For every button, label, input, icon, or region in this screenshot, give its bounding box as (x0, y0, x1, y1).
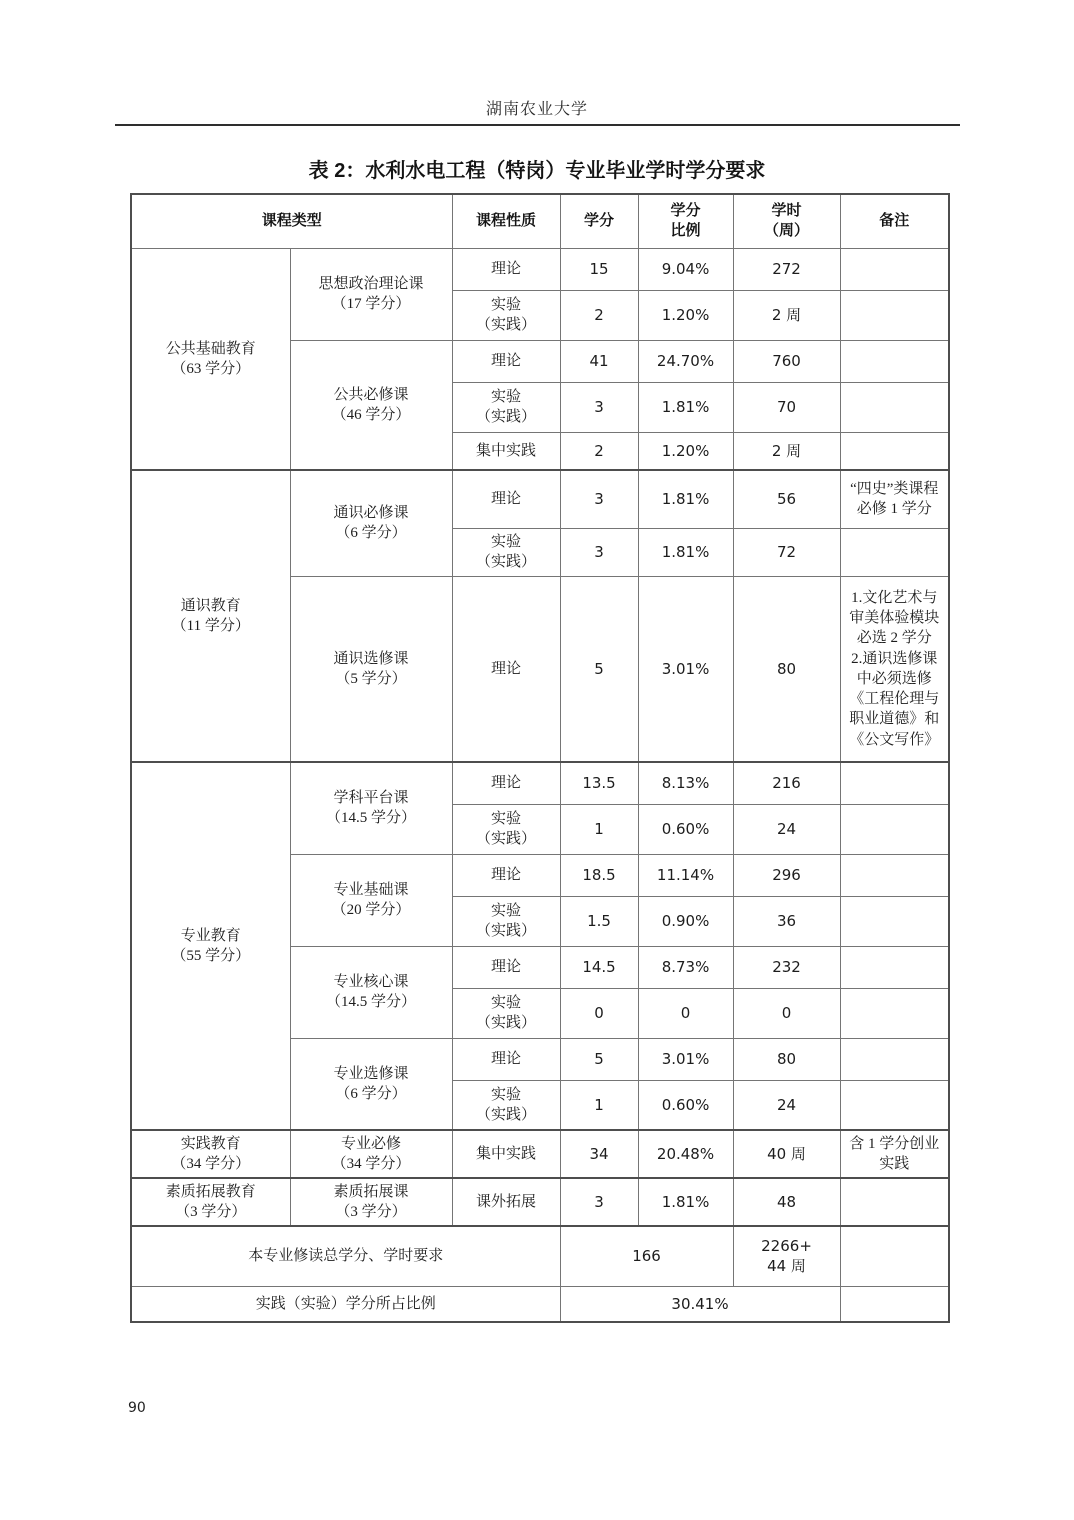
cell-hours: 232 (733, 946, 840, 988)
cell-course-nature: 理论 (452, 762, 560, 804)
cell-course-nature: 课外拓展 (452, 1178, 560, 1226)
cell-remark (840, 896, 949, 946)
cell-remark (840, 1178, 949, 1226)
cell-hours: 760 (733, 340, 840, 382)
cell-credit-ratio: 8.73% (638, 946, 733, 988)
cell-credit-ratio: 3.01% (638, 1038, 733, 1080)
cell-credits: 1 (560, 804, 638, 854)
cell-credit-ratio: 1.20% (638, 290, 733, 340)
cell-credit-ratio: 1.81% (638, 470, 733, 528)
col-header-hours: 学时 （周） (733, 194, 840, 248)
cell-course-subtype: 通识选修课 （5 学分） (290, 576, 452, 762)
cell-hours: 2 周 (733, 432, 840, 470)
page-number: 90 (128, 1400, 146, 1416)
cell-course-nature: 实验 （实践） (452, 896, 560, 946)
cell-credits: 18.5 (560, 854, 638, 896)
cell-ratio-value: 30.41% (560, 1286, 840, 1322)
table-title: 表 2：水利水电工程（特岗）专业毕业学时学分要求 (0, 154, 1074, 183)
cell-credit-ratio: 0 (638, 988, 733, 1038)
cell-hours: 56 (733, 470, 840, 528)
cell-credit-ratio: 9.04% (638, 248, 733, 290)
cell-credits: 41 (560, 340, 638, 382)
cell-remark (840, 340, 949, 382)
cell-course-subtype: 专业必修 （34 学分） (290, 1130, 452, 1178)
cell-course-subtype: 学科平台课 （14.5 学分） (290, 762, 452, 854)
header-rule (115, 124, 960, 126)
table-row: 通识教育 （11 学分） 通识必修课 （6 学分） 理论 3 1.81% 56 … (131, 470, 949, 528)
cell-hours: 24 (733, 804, 840, 854)
table-row: 实践教育 （34 学分） 专业必修 （34 学分） 集中实践 34 20.48%… (131, 1130, 949, 1178)
cell-remark (840, 1226, 949, 1286)
cell-course-type: 公共基础教育 （63 学分） (131, 248, 290, 470)
cell-course-subtype: 通识必修课 （6 学分） (290, 470, 452, 576)
cell-remark (840, 1286, 949, 1322)
cell-remark (840, 762, 949, 804)
cell-remark (840, 854, 949, 896)
cell-course-type: 实践教育 （34 学分） (131, 1130, 290, 1178)
cell-credits: 5 (560, 1038, 638, 1080)
cell-remark (840, 248, 949, 290)
cell-total-hours: 2266+ 44 周 (733, 1226, 840, 1286)
curriculum-table: 课程类型 课程性质 学分 学分 比例 学时 （周） 备注 公共基础教育 （63 … (130, 193, 950, 1323)
col-header-course-nature: 课程性质 (452, 194, 560, 248)
cell-credit-ratio: 0.60% (638, 804, 733, 854)
cell-credits: 14.5 (560, 946, 638, 988)
col-header-course-type: 课程类型 (131, 194, 452, 248)
cell-credits: 34 (560, 1130, 638, 1178)
cell-remark (840, 1038, 949, 1080)
cell-credit-ratio: 0.90% (638, 896, 733, 946)
cell-credits: 2 (560, 290, 638, 340)
practice-ratio-row: 实践（实验）学分所占比例 30.41% (131, 1286, 949, 1322)
cell-credits: 1 (560, 1080, 638, 1130)
table-row: 公共基础教育 （63 学分） 思想政治理论课 （17 学分） 理论 15 9.0… (131, 248, 949, 290)
cell-course-type: 专业教育 （55 学分） (131, 762, 290, 1130)
cell-course-nature: 实验 （实践） (452, 804, 560, 854)
cell-credit-ratio: 3.01% (638, 576, 733, 762)
cell-course-nature: 集中实践 (452, 432, 560, 470)
cell-hours: 216 (733, 762, 840, 804)
cell-course-subtype: 公共必修课 （46 学分） (290, 340, 452, 470)
cell-course-subtype: 思想政治理论课 （17 学分） (290, 248, 452, 340)
cell-hours: 272 (733, 248, 840, 290)
cell-hours: 80 (733, 576, 840, 762)
total-row: 本专业修读总学分、学时要求 166 2266+ 44 周 (131, 1226, 949, 1286)
cell-credits: 3 (560, 470, 638, 528)
cell-remark: 含 1 学分创业实践 (840, 1130, 949, 1178)
cell-hours: 0 (733, 988, 840, 1038)
cell-course-type: 通识教育 （11 学分） (131, 470, 290, 762)
col-header-credits: 学分 (560, 194, 638, 248)
cell-course-nature: 理论 (452, 854, 560, 896)
table-row: 素质拓展教育 （3 学分） 素质拓展课 （3 学分） 课外拓展 3 1.81% … (131, 1178, 949, 1226)
document-page: 湖南农业大学 表 2：水利水电工程（特岗）专业毕业学时学分要求 课程类型 课程性… (0, 0, 1074, 1520)
cell-course-nature: 实验 （实践） (452, 382, 560, 432)
cell-remark: 1.文化艺术与审美体验模块必选 2 学分 2.通识选修课中必须选修《工程伦理与职… (840, 576, 949, 762)
cell-credits: 5 (560, 576, 638, 762)
table-header-row: 课程类型 课程性质 学分 学分 比例 学时 （周） 备注 (131, 194, 949, 248)
cell-course-nature: 实验 （实践） (452, 290, 560, 340)
cell-credits: 3 (560, 528, 638, 576)
cell-course-nature: 实验 （实践） (452, 988, 560, 1038)
col-header-credit-ratio: 学分 比例 (638, 194, 733, 248)
cell-remark (840, 432, 949, 470)
cell-total-label: 本专业修读总学分、学时要求 (131, 1226, 560, 1286)
cell-course-type: 素质拓展教育 （3 学分） (131, 1178, 290, 1226)
cell-hours: 48 (733, 1178, 840, 1226)
cell-remark (840, 988, 949, 1038)
cell-remark (840, 528, 949, 576)
cell-remark (840, 804, 949, 854)
cell-course-nature: 理论 (452, 340, 560, 382)
cell-total-credits: 166 (560, 1226, 733, 1286)
cell-credit-ratio: 1.81% (638, 1178, 733, 1226)
cell-credit-ratio: 1.81% (638, 528, 733, 576)
cell-credit-ratio: 1.81% (638, 382, 733, 432)
cell-credits: 15 (560, 248, 638, 290)
cell-hours: 70 (733, 382, 840, 432)
cell-course-nature: 集中实践 (452, 1130, 560, 1178)
cell-course-subtype: 专业选修课 （6 学分） (290, 1038, 452, 1130)
cell-course-nature: 理论 (452, 470, 560, 528)
cell-hours: 80 (733, 1038, 840, 1080)
cell-course-nature: 理论 (452, 248, 560, 290)
cell-course-nature: 实验 （实践） (452, 1080, 560, 1130)
cell-credits: 0 (560, 988, 638, 1038)
cell-hours: 72 (733, 528, 840, 576)
cell-hours: 2 周 (733, 290, 840, 340)
cell-credits: 2 (560, 432, 638, 470)
cell-hours: 40 周 (733, 1130, 840, 1178)
cell-credit-ratio: 8.13% (638, 762, 733, 804)
cell-course-nature: 理论 (452, 1038, 560, 1080)
cell-credit-ratio: 11.14% (638, 854, 733, 896)
cell-credits: 3 (560, 382, 638, 432)
cell-hours: 24 (733, 1080, 840, 1130)
cell-hours: 36 (733, 896, 840, 946)
cell-course-nature: 实验 （实践） (452, 528, 560, 576)
cell-hours: 296 (733, 854, 840, 896)
cell-course-subtype: 专业基础课 （20 学分） (290, 854, 452, 946)
cell-remark (840, 290, 949, 340)
cell-course-nature: 理论 (452, 576, 560, 762)
cell-credit-ratio: 0.60% (638, 1080, 733, 1130)
cell-credit-ratio: 20.48% (638, 1130, 733, 1178)
cell-credits: 13.5 (560, 762, 638, 804)
table-row: 专业教育 （55 学分） 学科平台课 （14.5 学分） 理论 13.5 8.1… (131, 762, 949, 804)
cell-credit-ratio: 24.70% (638, 340, 733, 382)
cell-credit-ratio: 1.20% (638, 432, 733, 470)
cell-course-subtype: 专业核心课 （14.5 学分） (290, 946, 452, 1038)
running-header: 湖南农业大学 (0, 96, 1074, 119)
col-header-remarks: 备注 (840, 194, 949, 248)
cell-credits: 1.5 (560, 896, 638, 946)
cell-course-nature: 理论 (452, 946, 560, 988)
cell-remark (840, 946, 949, 988)
cell-ratio-label: 实践（实验）学分所占比例 (131, 1286, 560, 1322)
cell-remark (840, 1080, 949, 1130)
cell-credits: 3 (560, 1178, 638, 1226)
cell-remark: “四史”类课程必修 1 学分 (840, 470, 949, 528)
cell-course-subtype: 素质拓展课 （3 学分） (290, 1178, 452, 1226)
cell-remark (840, 382, 949, 432)
